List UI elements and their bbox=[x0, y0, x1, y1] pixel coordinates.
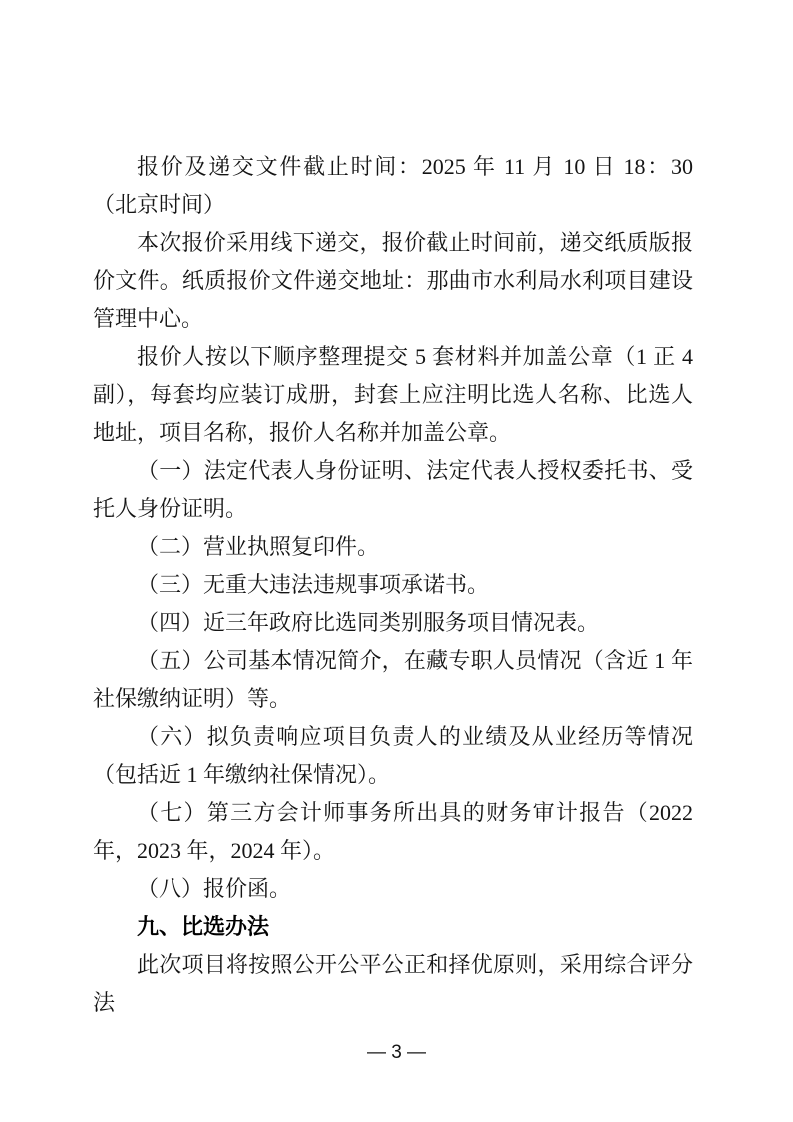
body-paragraph: （一）法定代表人身份证明、法定代表人授权委托书、受托人身份证明。 bbox=[93, 452, 693, 528]
body-paragraph: 报价及递交文件截止时间：2025 年 11 月 10 日 18：30（北京时间） bbox=[93, 148, 693, 224]
body-paragraph: （七）第三方会计师事务所出具的财务审计报告（2022 年，2023 年，2024… bbox=[93, 794, 693, 870]
document-body: 报价及递交文件截止时间：2025 年 11 月 10 日 18：30（北京时间）… bbox=[93, 148, 693, 1022]
body-paragraph: （三）无重大违法违规事项承诺书。 bbox=[93, 566, 693, 604]
body-paragraph: 本次报价采用线下递交，报价截止时间前，递交纸质版报价文件。纸质报价文件递交地址：… bbox=[93, 224, 693, 338]
page-number: — 3 — bbox=[0, 1042, 793, 1064]
body-paragraph: （六）拟负责响应项目负责人的业绩及从业经历等情况（包括近 1 年缴纳社保情况）。 bbox=[93, 718, 693, 794]
body-paragraph: 此次项目将按照公开公平公正和择优原则，采用综合评分法 bbox=[93, 946, 693, 1022]
body-paragraph: （四）近三年政府比选同类别服务项目情况表。 bbox=[93, 604, 693, 642]
body-paragraph: （五）公司基本情况简介，在藏专职人员情况（含近 1 年社保缴纳证明）等。 bbox=[93, 642, 693, 718]
body-paragraph: （二）营业执照复印件。 bbox=[93, 528, 693, 566]
section-heading: 九、比选办法 bbox=[93, 908, 693, 946]
document-page: 报价及递交文件截止时间：2025 年 11 月 10 日 18：30（北京时间）… bbox=[0, 0, 793, 1122]
body-paragraph: （八）报价函。 bbox=[93, 870, 693, 908]
body-paragraph: 报价人按以下顺序整理提交 5 套材料并加盖公章（1 正 4 副），每套均应装订成… bbox=[93, 338, 693, 452]
